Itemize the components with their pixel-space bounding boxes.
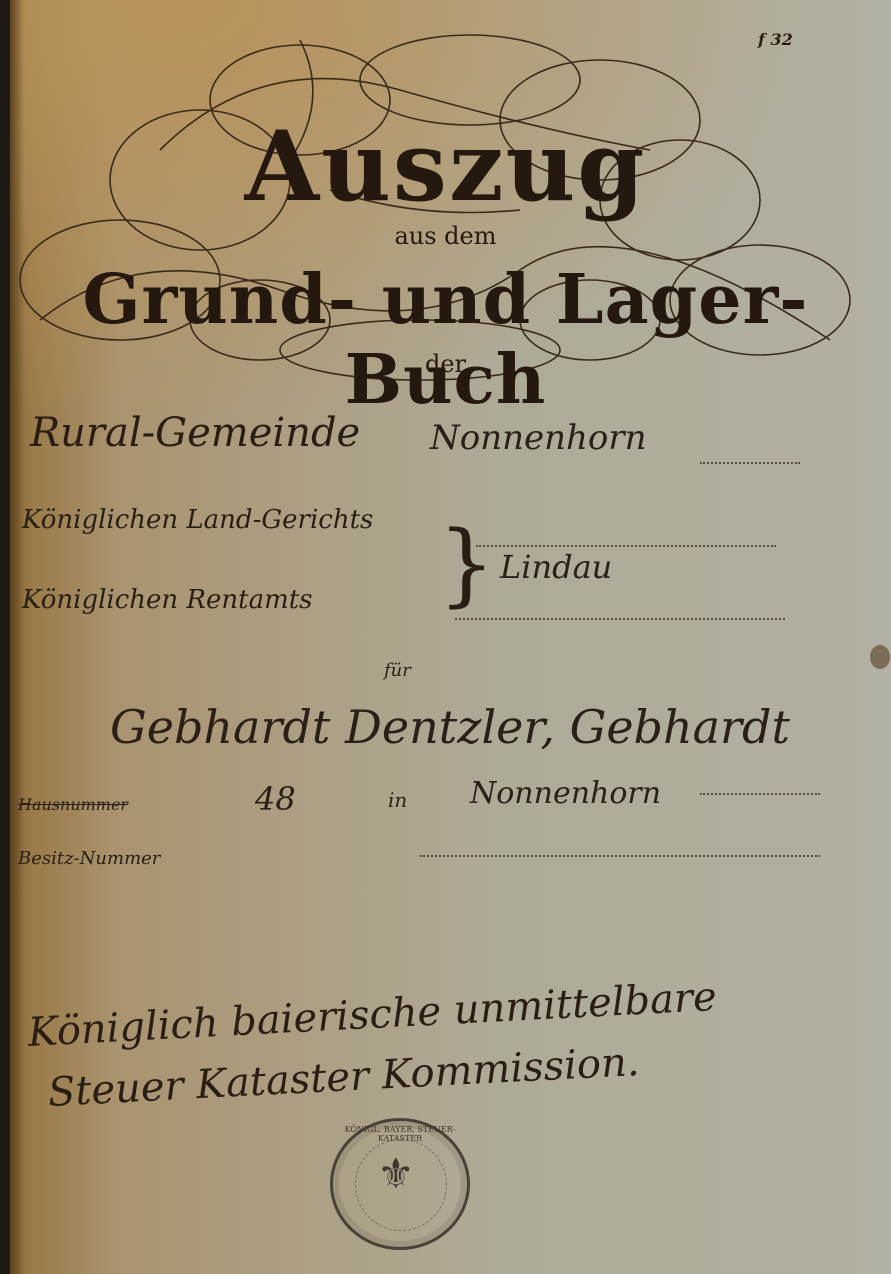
fill-line: [700, 793, 820, 795]
rent-office-label: Königlichen Rentamts: [22, 585, 313, 615]
for-label: für: [384, 660, 411, 681]
brace-bracket: }: [438, 520, 495, 610]
possession-label: Besitz-Nummer: [18, 848, 160, 869]
court-rent-value: Lindau: [500, 548, 612, 586]
municipality-label: Rural-Gemeinde: [30, 410, 360, 456]
fill-line: [455, 618, 785, 620]
authority-line-2: Steuer Kataster Kommission.: [47, 1039, 641, 1116]
owner-name: Gebhardt Dentzler, Gebhardt: [110, 700, 790, 754]
paper-stain: [870, 645, 890, 669]
heading-aus-dem: aus dem: [0, 222, 891, 250]
coat-of-arms-icon: ⚜: [377, 1149, 415, 1198]
heading-grund-und-lager-buch: Grund- und Lager-Buch: [0, 260, 891, 420]
house-number-value: 48: [255, 780, 296, 818]
municipality-value: Nonnenhorn: [430, 418, 647, 458]
location-value: Nonnenhorn: [470, 776, 661, 811]
location-prefix: in: [388, 788, 407, 812]
official-seal-stamp: KÖNIGL. BAYER. STEUER-KATASTER ⚜: [330, 1118, 470, 1250]
seal-text: KÖNIGL. BAYER. STEUER-KATASTER: [333, 1125, 467, 1143]
court-label: Königlichen Land-Gerichts: [22, 505, 373, 535]
house-number-label: Hausnummer: [18, 795, 128, 814]
fill-line: [700, 462, 800, 464]
heading-der: der: [0, 350, 891, 378]
fill-line: [420, 855, 820, 857]
document-page: f 32 Auszug aus dem Grund- und Lager-Buc…: [0, 0, 891, 1274]
heading-auszug: Auszug: [0, 110, 891, 223]
fill-line: [476, 545, 776, 547]
